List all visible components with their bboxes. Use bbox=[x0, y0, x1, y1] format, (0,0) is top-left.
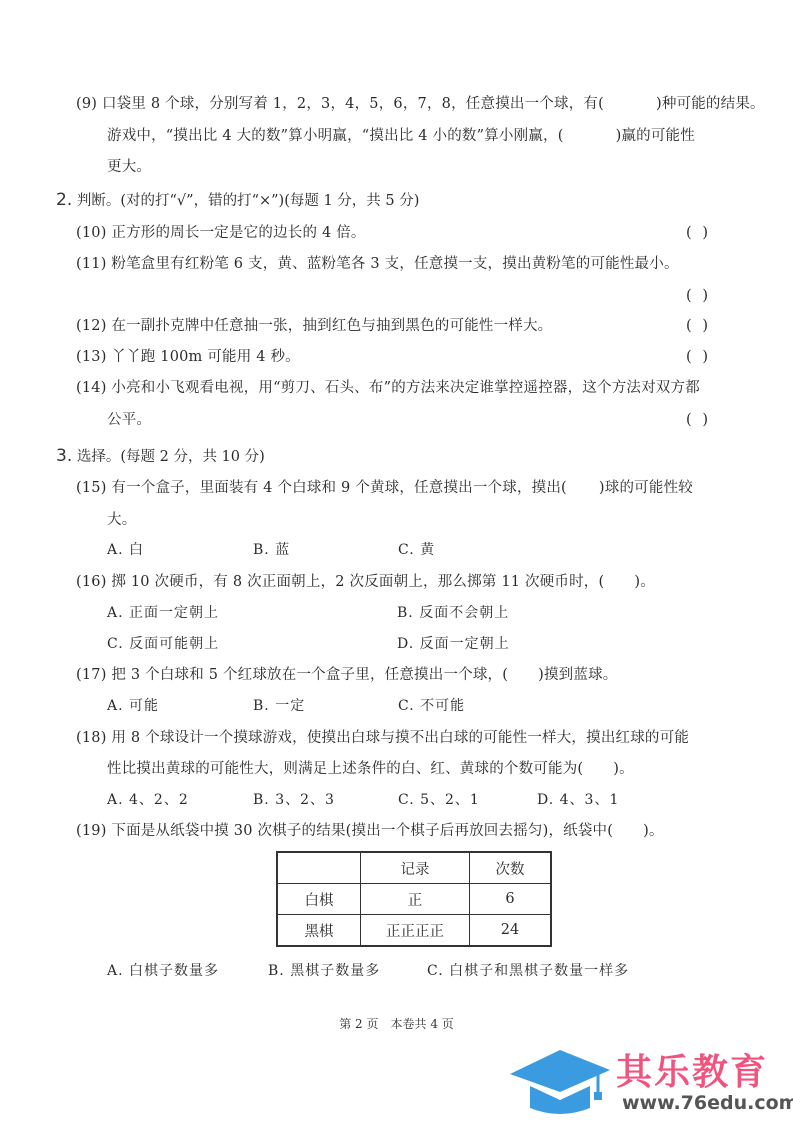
table-row: 黑棋 正正正正 24 bbox=[277, 915, 551, 947]
q19-option-c[interactable]: C. 白棋子和黑棋子数量一样多 bbox=[427, 961, 629, 981]
q19-option-b[interactable]: B. 黑棋子数量多 bbox=[268, 961, 380, 981]
section3-heading: 3. 选择。(每题 2 分，共 10 分) bbox=[56, 446, 265, 467]
q18-line2: 性比摸出黄球的可能性大，则满足上述条件的白、红、黄球的个数可能为()。 bbox=[107, 759, 634, 779]
q15-option-c[interactable]: C. 黄 bbox=[398, 540, 435, 560]
q17-option-a[interactable]: A. 可能 bbox=[107, 696, 159, 716]
q15-option-b[interactable]: B. 蓝 bbox=[253, 540, 290, 560]
table-header-cell bbox=[277, 852, 361, 884]
q16-option-c[interactable]: C. 反面可能朝上 bbox=[107, 634, 219, 654]
q15-line1: (15) 有一个盒子，里面装有 4 个白球和 9 个黄球，任意摸出一个球，摸出(… bbox=[76, 478, 693, 498]
q18-option-d[interactable]: D. 4、3、1 bbox=[537, 790, 619, 810]
section2-heading: 2. 判断。(对的打“√”，错的打“×”)(每题 1 分，共 5 分) bbox=[56, 190, 419, 211]
q19-option-a[interactable]: A. 白棋子数量多 bbox=[107, 961, 219, 981]
q16-option-a[interactable]: A. 正面一定朝上 bbox=[107, 603, 219, 623]
q11-text: (11) 粉笔盒里有红粉笔 6 支，黄、蓝粉笔各 3 支，任意摸一支，摸出黄粉笔… bbox=[76, 254, 679, 274]
table-row: 白棋 正 6 bbox=[277, 884, 551, 915]
q10-text: (10) 正方形的周长一定是它的边长的 4 倍。 bbox=[76, 223, 366, 243]
q16-option-d[interactable]: D. 反面一定朝上 bbox=[397, 634, 510, 654]
table-header-cell: 次数 bbox=[470, 852, 552, 884]
q9-line2: 游戏中，“摸出比 4 大的数”算小明赢，“摸出比 4 小的数”算小刚赢，()赢的… bbox=[107, 126, 695, 146]
q14-answer-paren[interactable]: () bbox=[686, 410, 708, 430]
q17-line1: (17) 把 3 个白球和 5 个红球放在一个盒子里，任意摸出一个球，()摸到蓝… bbox=[76, 665, 617, 685]
q14-text-cont: 公平。 bbox=[107, 410, 151, 430]
table-cell: 白棋 bbox=[277, 884, 361, 915]
q16-line1: (16) 掷 10 次硬币，有 8 次正面朝上，2 次反面朝上，那么掷第 11 … bbox=[76, 572, 655, 592]
q9-line1: (9) 口袋里 8 个球，分别写着 1，2，3，4，5，6，7，8，任意摸出一个… bbox=[76, 94, 765, 114]
table-cell: 正正正正 bbox=[361, 915, 470, 947]
q12-answer-paren[interactable]: () bbox=[686, 316, 708, 336]
q16-option-b[interactable]: B. 反面不会朝上 bbox=[397, 603, 509, 623]
q18-option-c[interactable]: C. 5、2、1 bbox=[398, 790, 480, 810]
q11-answer-paren[interactable]: () bbox=[686, 286, 708, 306]
graduation-cap-icon bbox=[508, 1046, 612, 1116]
table-cell: 6 bbox=[470, 884, 552, 915]
table-header-cell: 记录 bbox=[361, 852, 470, 884]
q17-option-c[interactable]: C. 不可能 bbox=[398, 696, 465, 716]
tally-table: 记录 次数 白棋 正 6 黑棋 正正正正 24 bbox=[276, 851, 552, 947]
q15-line2: 大。 bbox=[107, 510, 136, 530]
q15-option-a[interactable]: A. 白 bbox=[107, 540, 144, 560]
watermark-logo: 其乐教育 www.76edu.com bbox=[508, 1040, 793, 1122]
q18-option-a[interactable]: A. 4、2、2 bbox=[107, 790, 189, 810]
q17-option-b[interactable]: B. 一定 bbox=[253, 696, 305, 716]
q10-answer-paren[interactable]: () bbox=[686, 223, 708, 243]
table-cell: 黑棋 bbox=[277, 915, 361, 947]
q18-line1: (18) 用 8 个球设计一个摸球游戏，使摸出白球与摸不出白球的可能性一样大，摸… bbox=[76, 728, 689, 748]
q14-text: (14) 小亮和小飞观看电视，用“剪刀、石头、布”的方法来决定谁掌控遥控器，这个… bbox=[76, 378, 700, 398]
q12-text: (12) 在一副扑克牌中任意抽一张，抽到红色与抽到黑色的可能性一样大。 bbox=[76, 316, 552, 336]
watermark-url: www.76edu.com bbox=[622, 1092, 793, 1114]
page-footer: 第 2 页 本卷共 4 页 bbox=[0, 1015, 793, 1032]
q13-text: (13) 丫丫跑 100m 可能用 4 秒。 bbox=[76, 347, 300, 367]
q19-line1: (19) 下面是从纸袋中摸 30 次棋子的结果(摸出一个棋子后再放回去摇匀)，纸… bbox=[76, 821, 664, 841]
q13-answer-paren[interactable]: () bbox=[686, 347, 708, 367]
q9-line3: 更大。 bbox=[107, 157, 151, 177]
table-cell: 24 bbox=[470, 915, 552, 947]
table-header-row: 记录 次数 bbox=[277, 852, 551, 884]
q18-option-b[interactable]: B. 3、2、3 bbox=[253, 790, 335, 810]
table-cell: 正 bbox=[361, 884, 470, 915]
watermark-title: 其乐教育 bbox=[616, 1044, 768, 1095]
